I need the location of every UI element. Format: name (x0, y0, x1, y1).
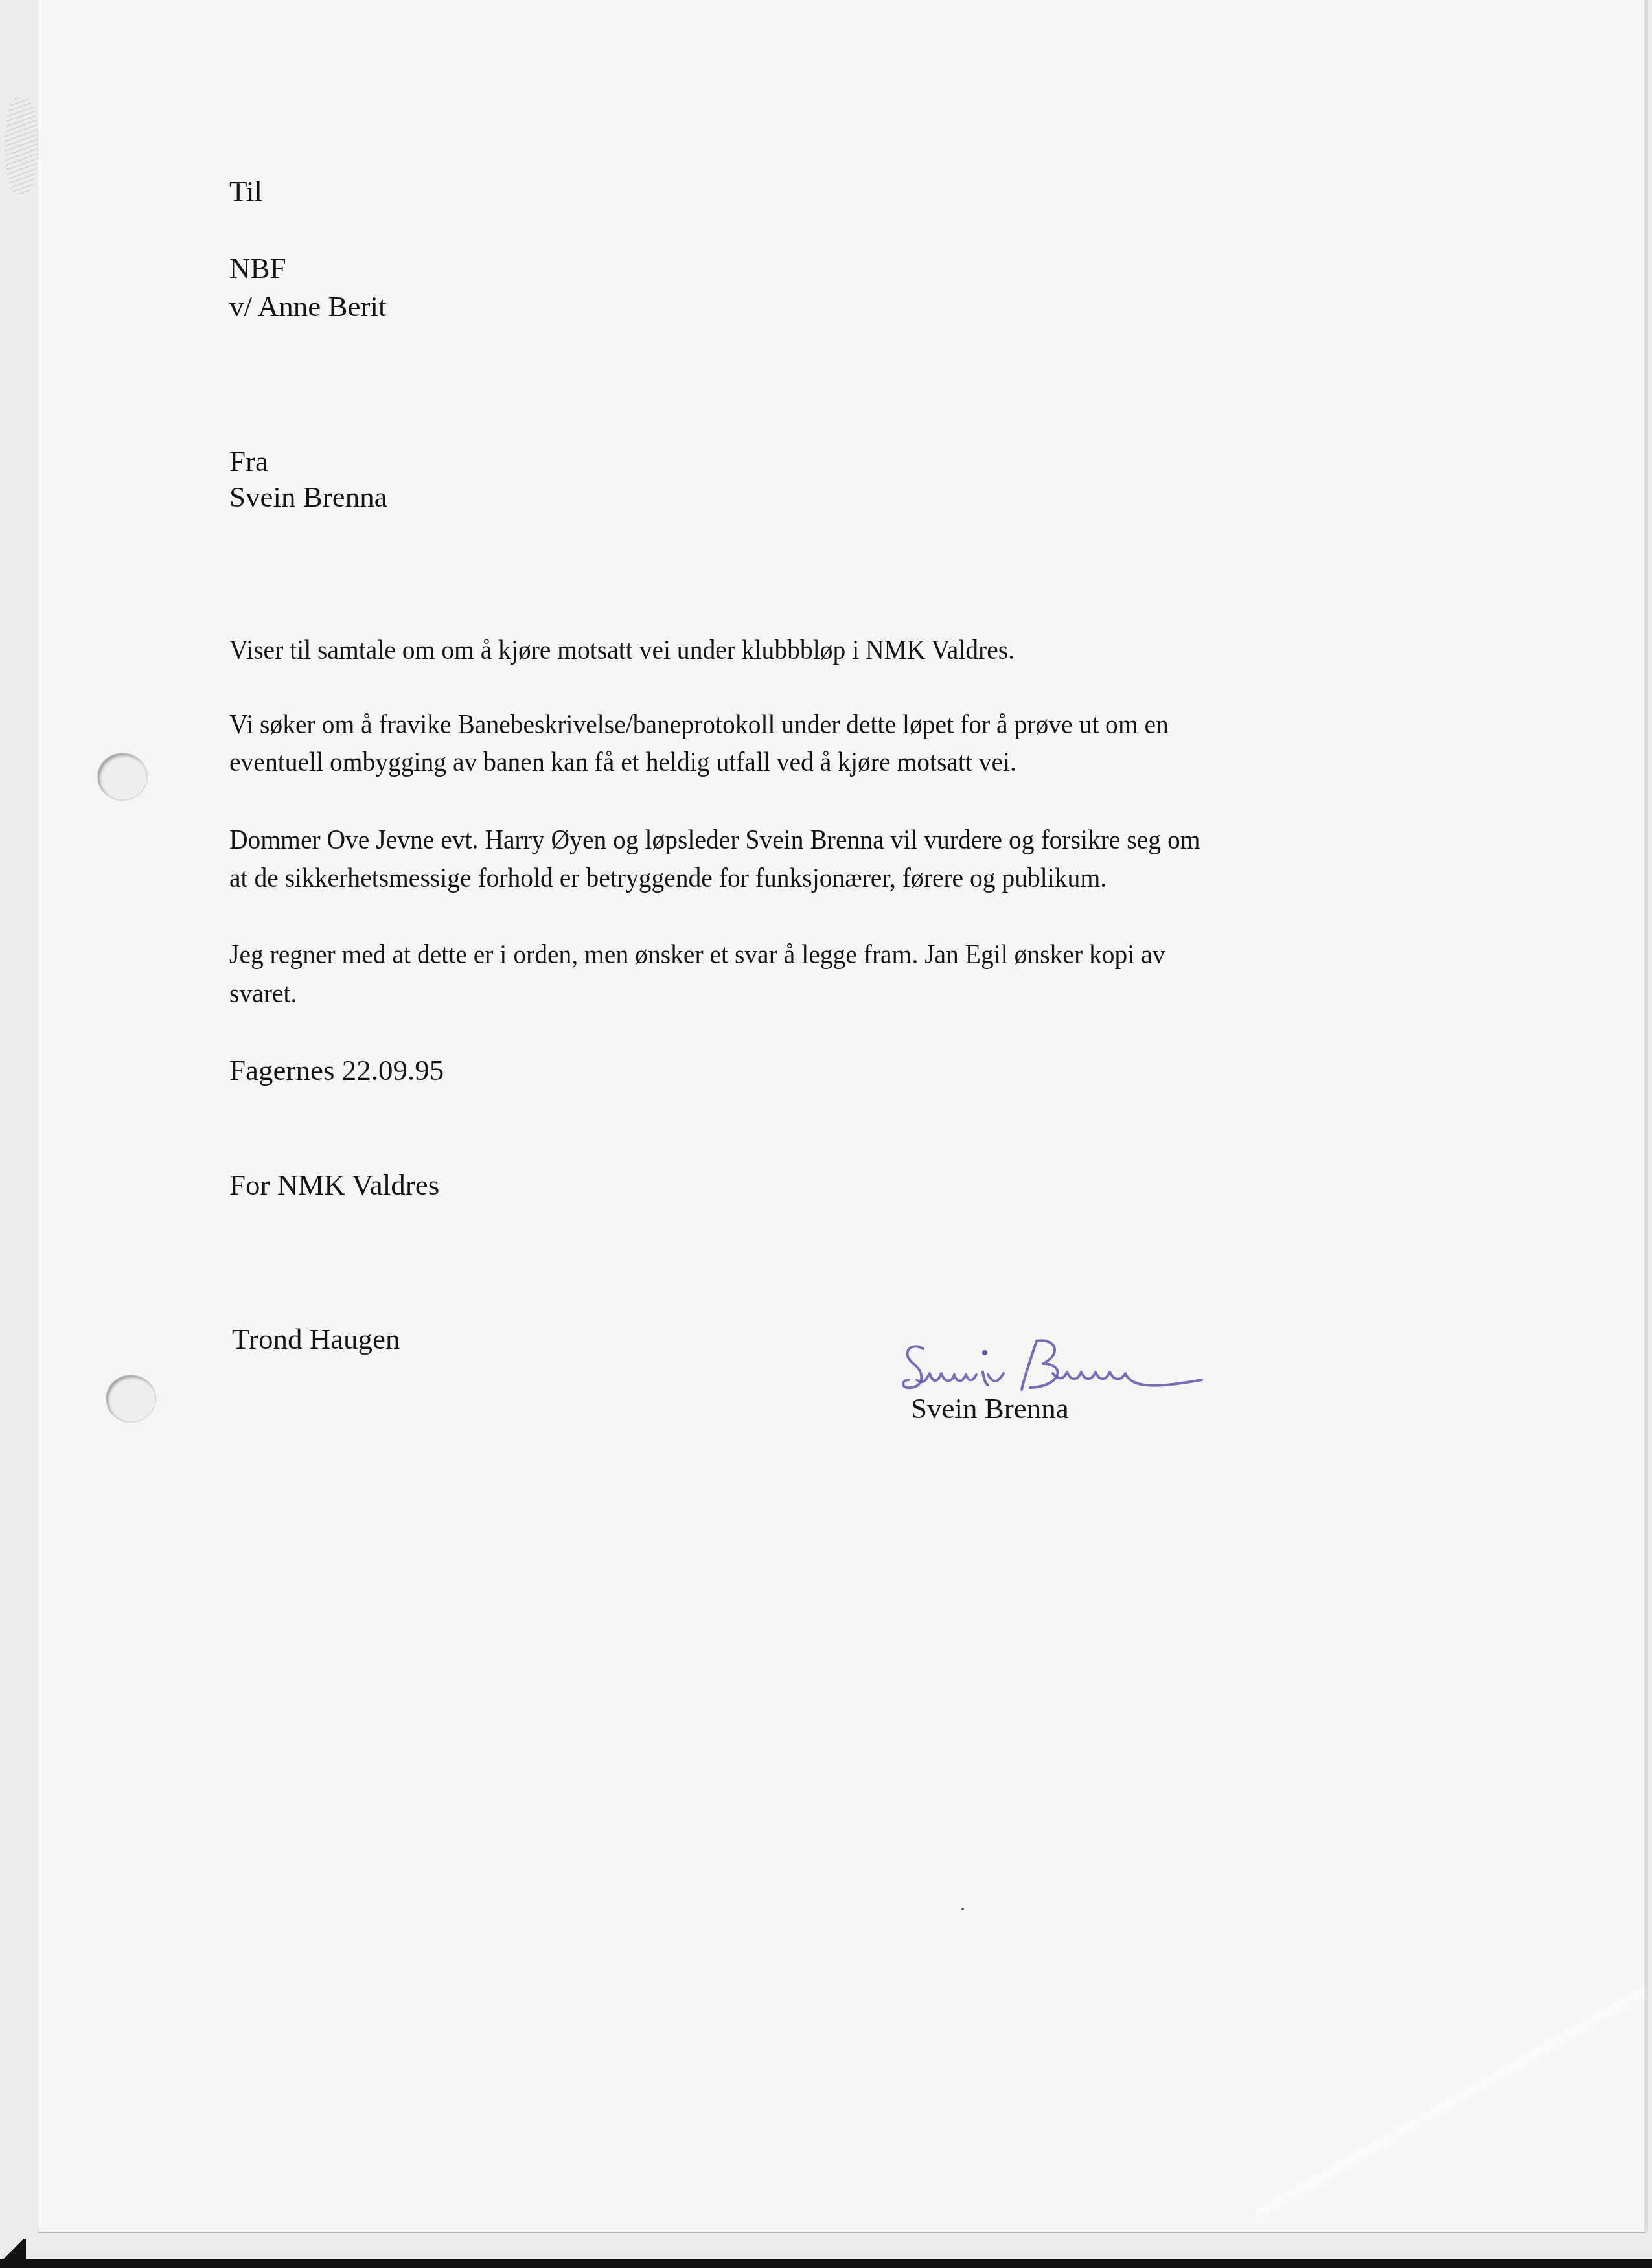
recipient-organization: NBF (229, 254, 286, 283)
body-paragraph-4-line-1: Jeg regner med at dette er i orden, men … (229, 941, 1165, 968)
sender-label: Fra (229, 447, 268, 476)
scanner-edge (0, 2259, 1652, 2268)
body-paragraph-1-line-1: Viser til samtale om om å kjøre motsatt … (229, 636, 1015, 664)
recipient-attention: v/ Anne Berit (229, 292, 386, 321)
signatory-left: Trond Haugen (232, 1325, 400, 1354)
body-paragraph-3-line-1: Dommer Ove Jevne evt. Harry Øyen og løps… (229, 826, 1200, 854)
signatory-right: Svein Brenna (911, 1394, 1069, 1423)
body-paragraph-4-line-2: svaret. (229, 979, 297, 1007)
scan-smudge (5, 97, 38, 194)
body-paragraph-2-line-2: eventuell ombygging av banen kan få et h… (229, 748, 1016, 776)
body-paragraph-3-line-2: at de sikkerhetsmessige forhold er betry… (229, 864, 1107, 892)
recipient-label: Til (229, 177, 262, 206)
sender-name: Svein Brenna (229, 483, 387, 512)
punch-hole-top (98, 753, 147, 800)
place-date: Fagernes 22.09.95 (229, 1056, 444, 1085)
punch-hole-bottom (106, 1375, 155, 1422)
letter-page (38, 0, 1648, 2233)
paper-speck (961, 1908, 964, 1910)
on-behalf-of: For NMK Valdres (229, 1171, 439, 1200)
body-paragraph-2-line-1: Vi søker om å fravike Banebeskrivelse/ba… (229, 711, 1169, 739)
